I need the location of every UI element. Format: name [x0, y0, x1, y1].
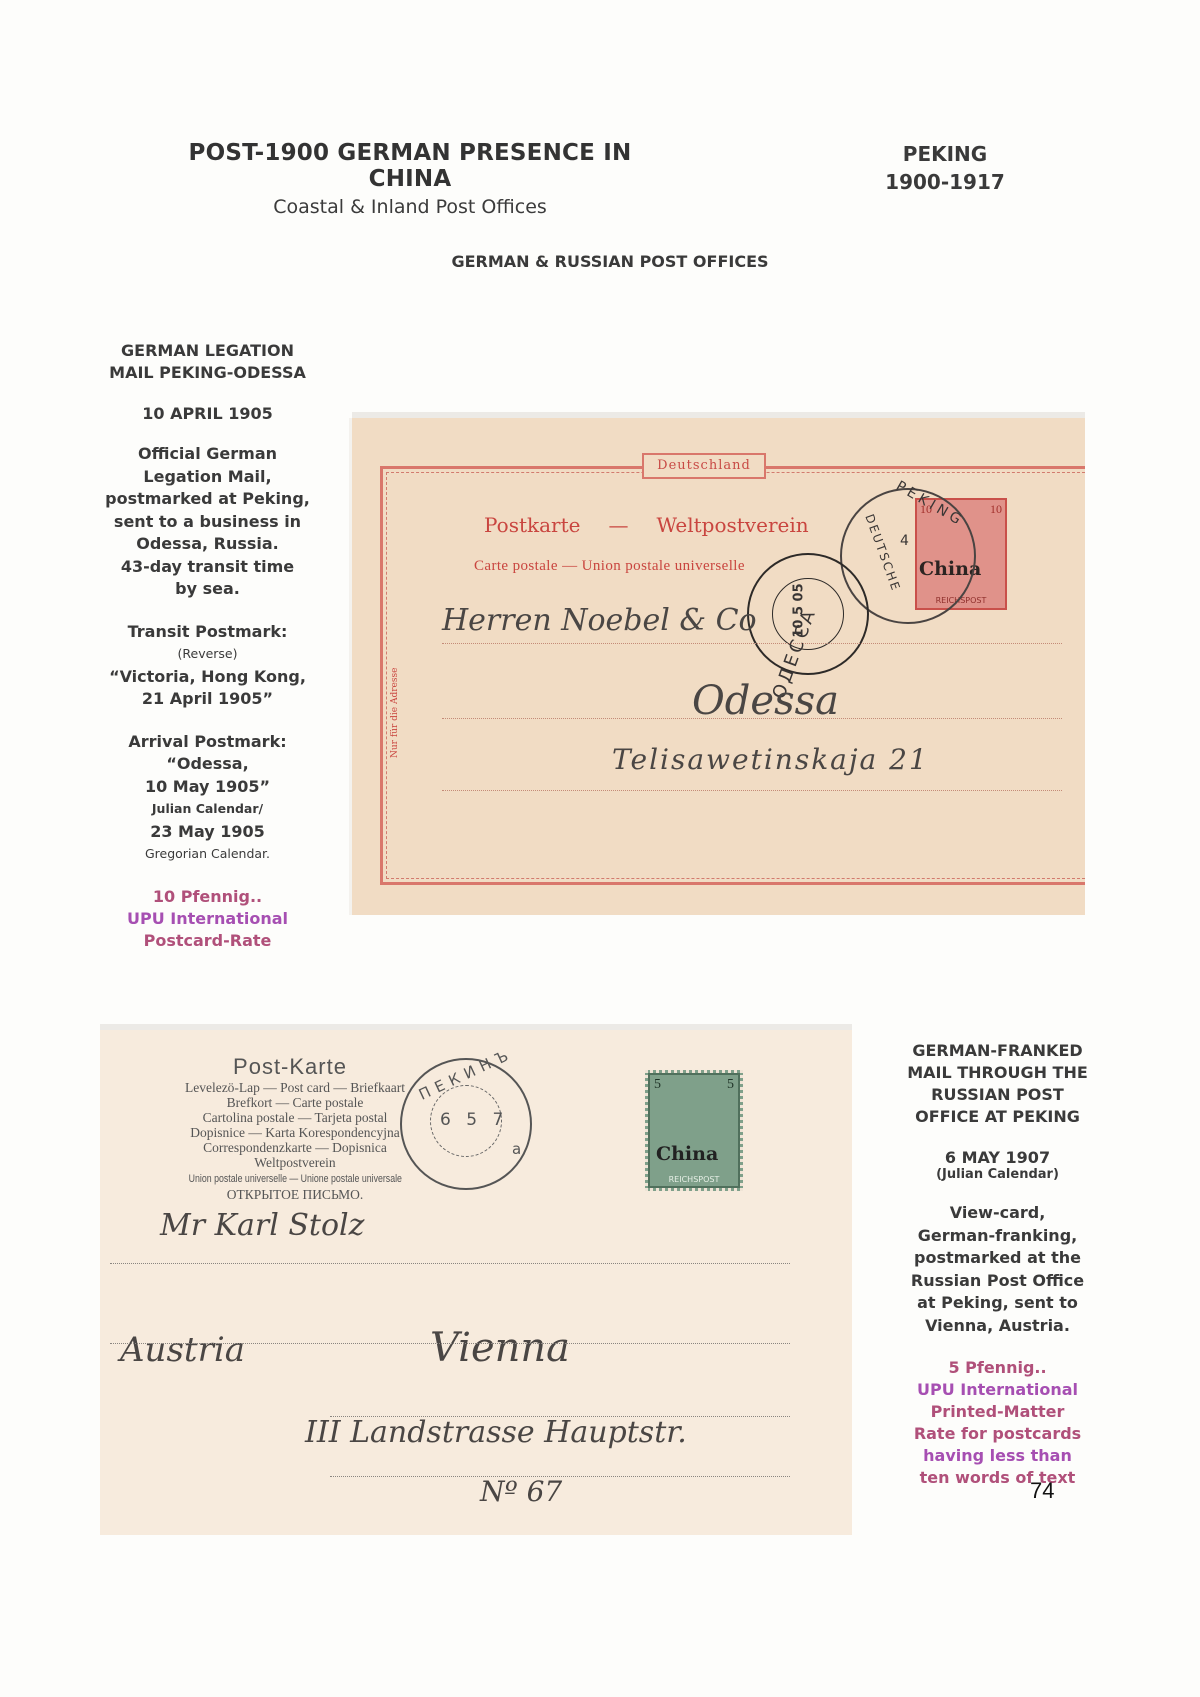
page-number: 74 — [1030, 1478, 1054, 1504]
location-name: PEKING — [870, 140, 1020, 168]
address-country: Austria — [120, 1330, 245, 1370]
transit-note: (Reverse) — [95, 643, 320, 666]
desc-line: at Peking, sent to — [895, 1292, 1100, 1315]
stamp-5-pfennig: 5 5 China REICHSPOST — [645, 1070, 743, 1191]
peking-postmark-date: 4 — [900, 533, 909, 549]
arrival-label: Arrival Postmark: — [95, 731, 320, 754]
item2-heading: GERMAN-FRANKED MAIL THROUGH THE RUSSIAN … — [895, 1040, 1100, 1128]
arrival-postmark-note: Arrival Postmark: “Odessa, 10 May 1905” … — [95, 731, 320, 866]
side-note: Nur für die Adresse — [390, 668, 400, 758]
rate-line: Postcard-Rate — [95, 930, 320, 952]
stamp-value: 5 — [654, 1077, 661, 1093]
russian-postmark-date: 6 5 7 — [440, 1110, 508, 1130]
address-number: Nº 67 — [480, 1475, 562, 1508]
russian-line: ОТКРЫТОЕ ПИСЬМО. — [115, 1187, 475, 1202]
stamp-value: 5 — [727, 1077, 734, 1093]
desc-line: Official German — [95, 443, 320, 466]
item2-date: 6 MAY 1907 — [895, 1148, 1100, 1167]
heading-line: MAIL PEKING-ODESSA — [95, 362, 320, 384]
item1-rate: 10 Pfennig.. UPU International Postcard-… — [95, 886, 320, 952]
address-street: III Landstrasse Hauptstr. — [305, 1415, 687, 1450]
desc-line: Russian Post Office — [895, 1270, 1100, 1293]
desc-line: postmarked at Peking, — [95, 488, 320, 511]
stamp-overprint: China — [656, 1143, 718, 1165]
stamp-value: 10 — [990, 502, 1002, 517]
rate-line: UPU International — [895, 1379, 1100, 1401]
heading-line: OFFICE AT PEKING — [895, 1106, 1100, 1128]
transit-label: Transit Postmark: — [95, 621, 320, 644]
heading-line: RUSSIAN POST — [895, 1084, 1100, 1106]
desc-line: 43-day transit time — [95, 556, 320, 579]
postcard-peking-vienna: Post-Karte Levelezö-Lap — Post card — Br… — [100, 1030, 852, 1535]
stamp-label: REICHSPOST — [648, 1175, 740, 1184]
rate-line: 5 Pfennig.. — [895, 1357, 1100, 1379]
location-block: PEKING 1900-1917 — [870, 140, 1020, 196]
transit-postmark-note: Transit Postmark: (Reverse) “Victoria, H… — [95, 621, 320, 711]
address-line — [442, 790, 1062, 791]
card-subtitle: Carte postale — Union postale universell… — [474, 558, 745, 575]
desc-line: View-card, — [895, 1202, 1100, 1225]
desc-line: by sea. — [95, 578, 320, 601]
rate-line: ten words of text — [895, 1467, 1100, 1489]
rate-line: UPU International — [95, 908, 320, 930]
country-badge: Deutschland — [642, 453, 766, 479]
transit-value: “Victoria, Hong Kong, — [95, 666, 320, 689]
page-title: POST-1900 GERMAN PRESENCE IN CHINA — [150, 140, 670, 192]
card-title-sep: — — [608, 513, 628, 537]
address-line — [442, 643, 1062, 644]
transit-value: 21 April 1905” — [95, 688, 320, 711]
desc-line: Legation Mail, — [95, 466, 320, 489]
address-line — [330, 1416, 790, 1417]
rate-line: 10 Pfennig.. — [95, 886, 320, 908]
page-subtitle: Coastal & Inland Post Offices — [150, 196, 670, 218]
item2-description: View-card, German-franking, postmarked a… — [895, 1202, 1100, 1337]
union-line: Union postale universelle — Unione posta… — [188, 1172, 401, 1187]
card-title-right: Weltpostverein — [656, 513, 808, 537]
card-title-left: Postkarte — [484, 513, 580, 537]
section-title: GERMAN & RUSSIAN POST OFFICES — [300, 252, 920, 271]
desc-line: Vienna, Austria. — [895, 1315, 1100, 1338]
heading-line: GERMAN LEGATION — [95, 340, 320, 362]
address-recipient: Herren Noebel & Co — [442, 603, 757, 638]
item2-rate: 5 Pfennig.. UPU International Printed-Ma… — [895, 1357, 1100, 1489]
heading-line: GERMAN-FRANKED — [895, 1040, 1100, 1062]
item1-description-column: GERMAN LEGATION MAIL PEKING-ODESSA 10 AP… — [95, 340, 320, 952]
heading-line: MAIL THROUGH THE — [895, 1062, 1100, 1084]
russian-postmark-letter: а — [512, 1140, 521, 1158]
rate-line: Rate for postcards — [895, 1423, 1100, 1445]
item1-date: 10 APRIL 1905 — [95, 404, 320, 423]
page-header: POST-1900 GERMAN PRESENCE IN CHINA Coast… — [150, 140, 670, 218]
gregorian-date: 23 May 1905 — [95, 821, 320, 844]
item2-date-note: (Julian Calendar) — [895, 1167, 1100, 1182]
arrival-value: “Odessa, — [95, 753, 320, 776]
card-title: Postkarte—Weltpostverein — [484, 513, 823, 537]
arrival-value: 10 May 1905” — [95, 776, 320, 799]
desc-line: postmarked at the — [895, 1247, 1100, 1270]
address-recipient: Mr Karl Stolz — [160, 1208, 364, 1243]
address-line — [110, 1263, 790, 1264]
desc-line: sent to a business in — [95, 511, 320, 534]
rate-line: Printed-Matter — [895, 1401, 1100, 1423]
address-line — [110, 1343, 790, 1344]
address-city: Vienna — [430, 1325, 570, 1371]
rate-line: having less than — [895, 1445, 1100, 1467]
item1-description: Official German Legation Mail, postmarke… — [95, 443, 320, 601]
desc-line: Odessa, Russia. — [95, 533, 320, 556]
address-line — [442, 718, 1062, 719]
postcard-peking-odessa: Deutschland Postkarte—Weltpostverein Car… — [352, 418, 1085, 915]
desc-line: German-franking, — [895, 1225, 1100, 1248]
item1-heading: GERMAN LEGATION MAIL PEKING-ODESSA — [95, 340, 320, 384]
item2-description-column: GERMAN-FRANKED MAIL THROUGH THE RUSSIAN … — [895, 1040, 1100, 1489]
gregorian-note: Gregorian Calendar. — [95, 843, 320, 866]
julian-note: Julian Calendar/ — [95, 798, 320, 821]
location-years: 1900-1917 — [870, 168, 1020, 196]
address-street: Telisawetinskaja 21 — [612, 743, 929, 776]
